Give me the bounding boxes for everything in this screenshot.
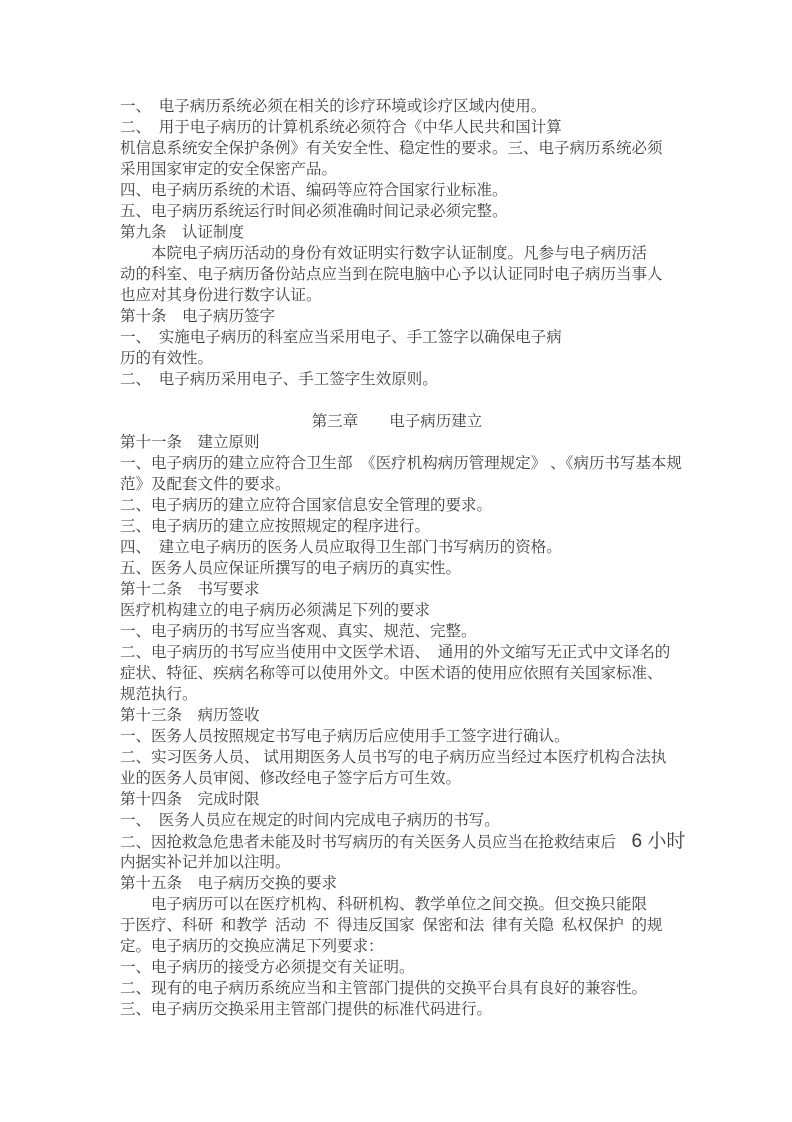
text-line: 二、电子病历的书写应当使用中文医学术语、 通用的外文缩写无正式中文译名的 — [120, 642, 674, 663]
text-line: 症状、特征、疾病名称等可以使用外文。中医术语的使用应依照有关国家标准、 — [120, 663, 674, 684]
text-line: 五、医务人员应保证所撰写的电子病历的真实性。 — [120, 558, 674, 579]
text-segment: 二、因抢救急危患者未能及时书写病历的有关医务人员应当在抢救结束后 — [120, 834, 632, 851]
chapter-heading: 第三章 电子病历建立 — [120, 411, 674, 432]
text-line: 也应对其身份进行数字认证。 — [120, 285, 674, 306]
text-line: 于医疗、科研 和教学 活动 不 得违反国家 保密和法 律有关隐 私权保护 的规 — [120, 915, 674, 936]
text-line: 范》及配套文件的要求。 — [120, 474, 674, 495]
text-line: 五、电子病历系统运行时间必须准确时间记录必须完整。 — [120, 201, 674, 222]
text-line: 一、电子病历的书写应当客观、真实、规范、完整。 — [120, 621, 674, 642]
text-line: 四、 建立电子病历的医务人员应取得卫生部门书写病历的资格。 — [120, 537, 674, 558]
text-line: 机信息系统安全保护条例》有关安全性、稳定性的要求。三、电子病历系统必须 — [120, 138, 674, 159]
text-line: 医疗机构建立的电子病历必须满足下列的要求 — [120, 600, 674, 621]
text-line: 三、电子病历交换采用主管部门提供的标准代码进行。 — [120, 999, 674, 1020]
text-line: 二、现有的电子病历系统应当和主管部门提供的交换平台具有良好的兼容性。 — [120, 978, 674, 999]
text-line: 一、医务人员按照规定书写电子病历后应使用手工签字进行确认。 — [120, 726, 674, 747]
text-line: 三、电子病历的建立应按照规定的程序进行。 — [120, 516, 674, 537]
text-line: 电子病历可以在医疗机构、科研机构、教学单位之间交换。但交换只能限 — [120, 894, 674, 915]
hours-value: 6 小时 — [632, 831, 686, 852]
text-line: 第十条 电子病历签字 — [120, 306, 674, 327]
text-line: 规范执行。 — [120, 684, 674, 705]
text-line: 第九条 认证制度 — [120, 222, 674, 243]
text-line: 二、电子病历的建立应符合国家信息安全管理的要求。 — [120, 495, 674, 516]
text-line: 动的科室、电子病历备份站点应当到在院电脑中心予以认证同时电子病历当事人 — [120, 264, 674, 285]
text-line: 历的有效性。 — [120, 348, 674, 369]
text-line: 第十一条 建立原则 — [120, 432, 674, 453]
blank-line — [120, 390, 674, 411]
text-line: 采用国家审定的安全保密产品。 — [120, 159, 674, 180]
text-line: 四、电子病历系统的术语、编码等应符合国家行业标准。 — [120, 180, 674, 201]
text-line: 二、实习医务人员、 试用期医务人员书写的电子病历应当经过本医疗机构合法执 — [120, 747, 674, 768]
text-line: 一、 实施电子病历的科室应当采用电子、手工签字以确保电子病 — [120, 327, 674, 348]
text-line: 一、电子病历的接受方必须提交有关证明。 — [120, 957, 674, 978]
text-line: 二、因抢救急危患者未能及时书写病历的有关医务人员应当在抢救结束后 6 小时 — [120, 831, 674, 852]
text-line: 内据实补记并加以注明。 — [120, 852, 674, 873]
text-line: 定。电子病历的交换应满足下列要求： — [120, 936, 674, 957]
text-line: 第十二条 书写要求 — [120, 579, 674, 600]
document-page: 一、 电子病历系统必须在相关的诊疗环境或诊疗区域内使用。二、 用于电子病历的计算… — [0, 0, 792, 1122]
text-line: 第十三条 病历签收 — [120, 705, 674, 726]
text-line: 本院电子病历活动的身份有效证明实行数字认证制度。凡参与电子病历活 — [120, 243, 674, 264]
text-line: 一、电子病历的建立应符合卫生部 《医疗机构病历管理规定》 、《病历书写基本规 — [120, 453, 674, 474]
text-line: 一、 医务人员应在规定的时间内完成电子病历的书写。 — [120, 810, 674, 831]
text-line: 第十五条 电子病历交换的要求 — [120, 873, 674, 894]
text-line: 二、 用于电子病历的计算机系统必须符合《中华人民共和国计算 — [120, 117, 674, 138]
text-line: 业的医务人员审阅、修改经电子签字后方可生效。 — [120, 768, 674, 789]
text-line: 二、 电子病历采用电子、手工签字生效原则。 — [120, 369, 674, 390]
document-text: 一、 电子病历系统必须在相关的诊疗环境或诊疗区域内使用。二、 用于电子病历的计算… — [120, 96, 674, 1020]
text-line: 第十四条 完成时限 — [120, 789, 674, 810]
text-line: 一、 电子病历系统必须在相关的诊疗环境或诊疗区域内使用。 — [120, 96, 674, 117]
